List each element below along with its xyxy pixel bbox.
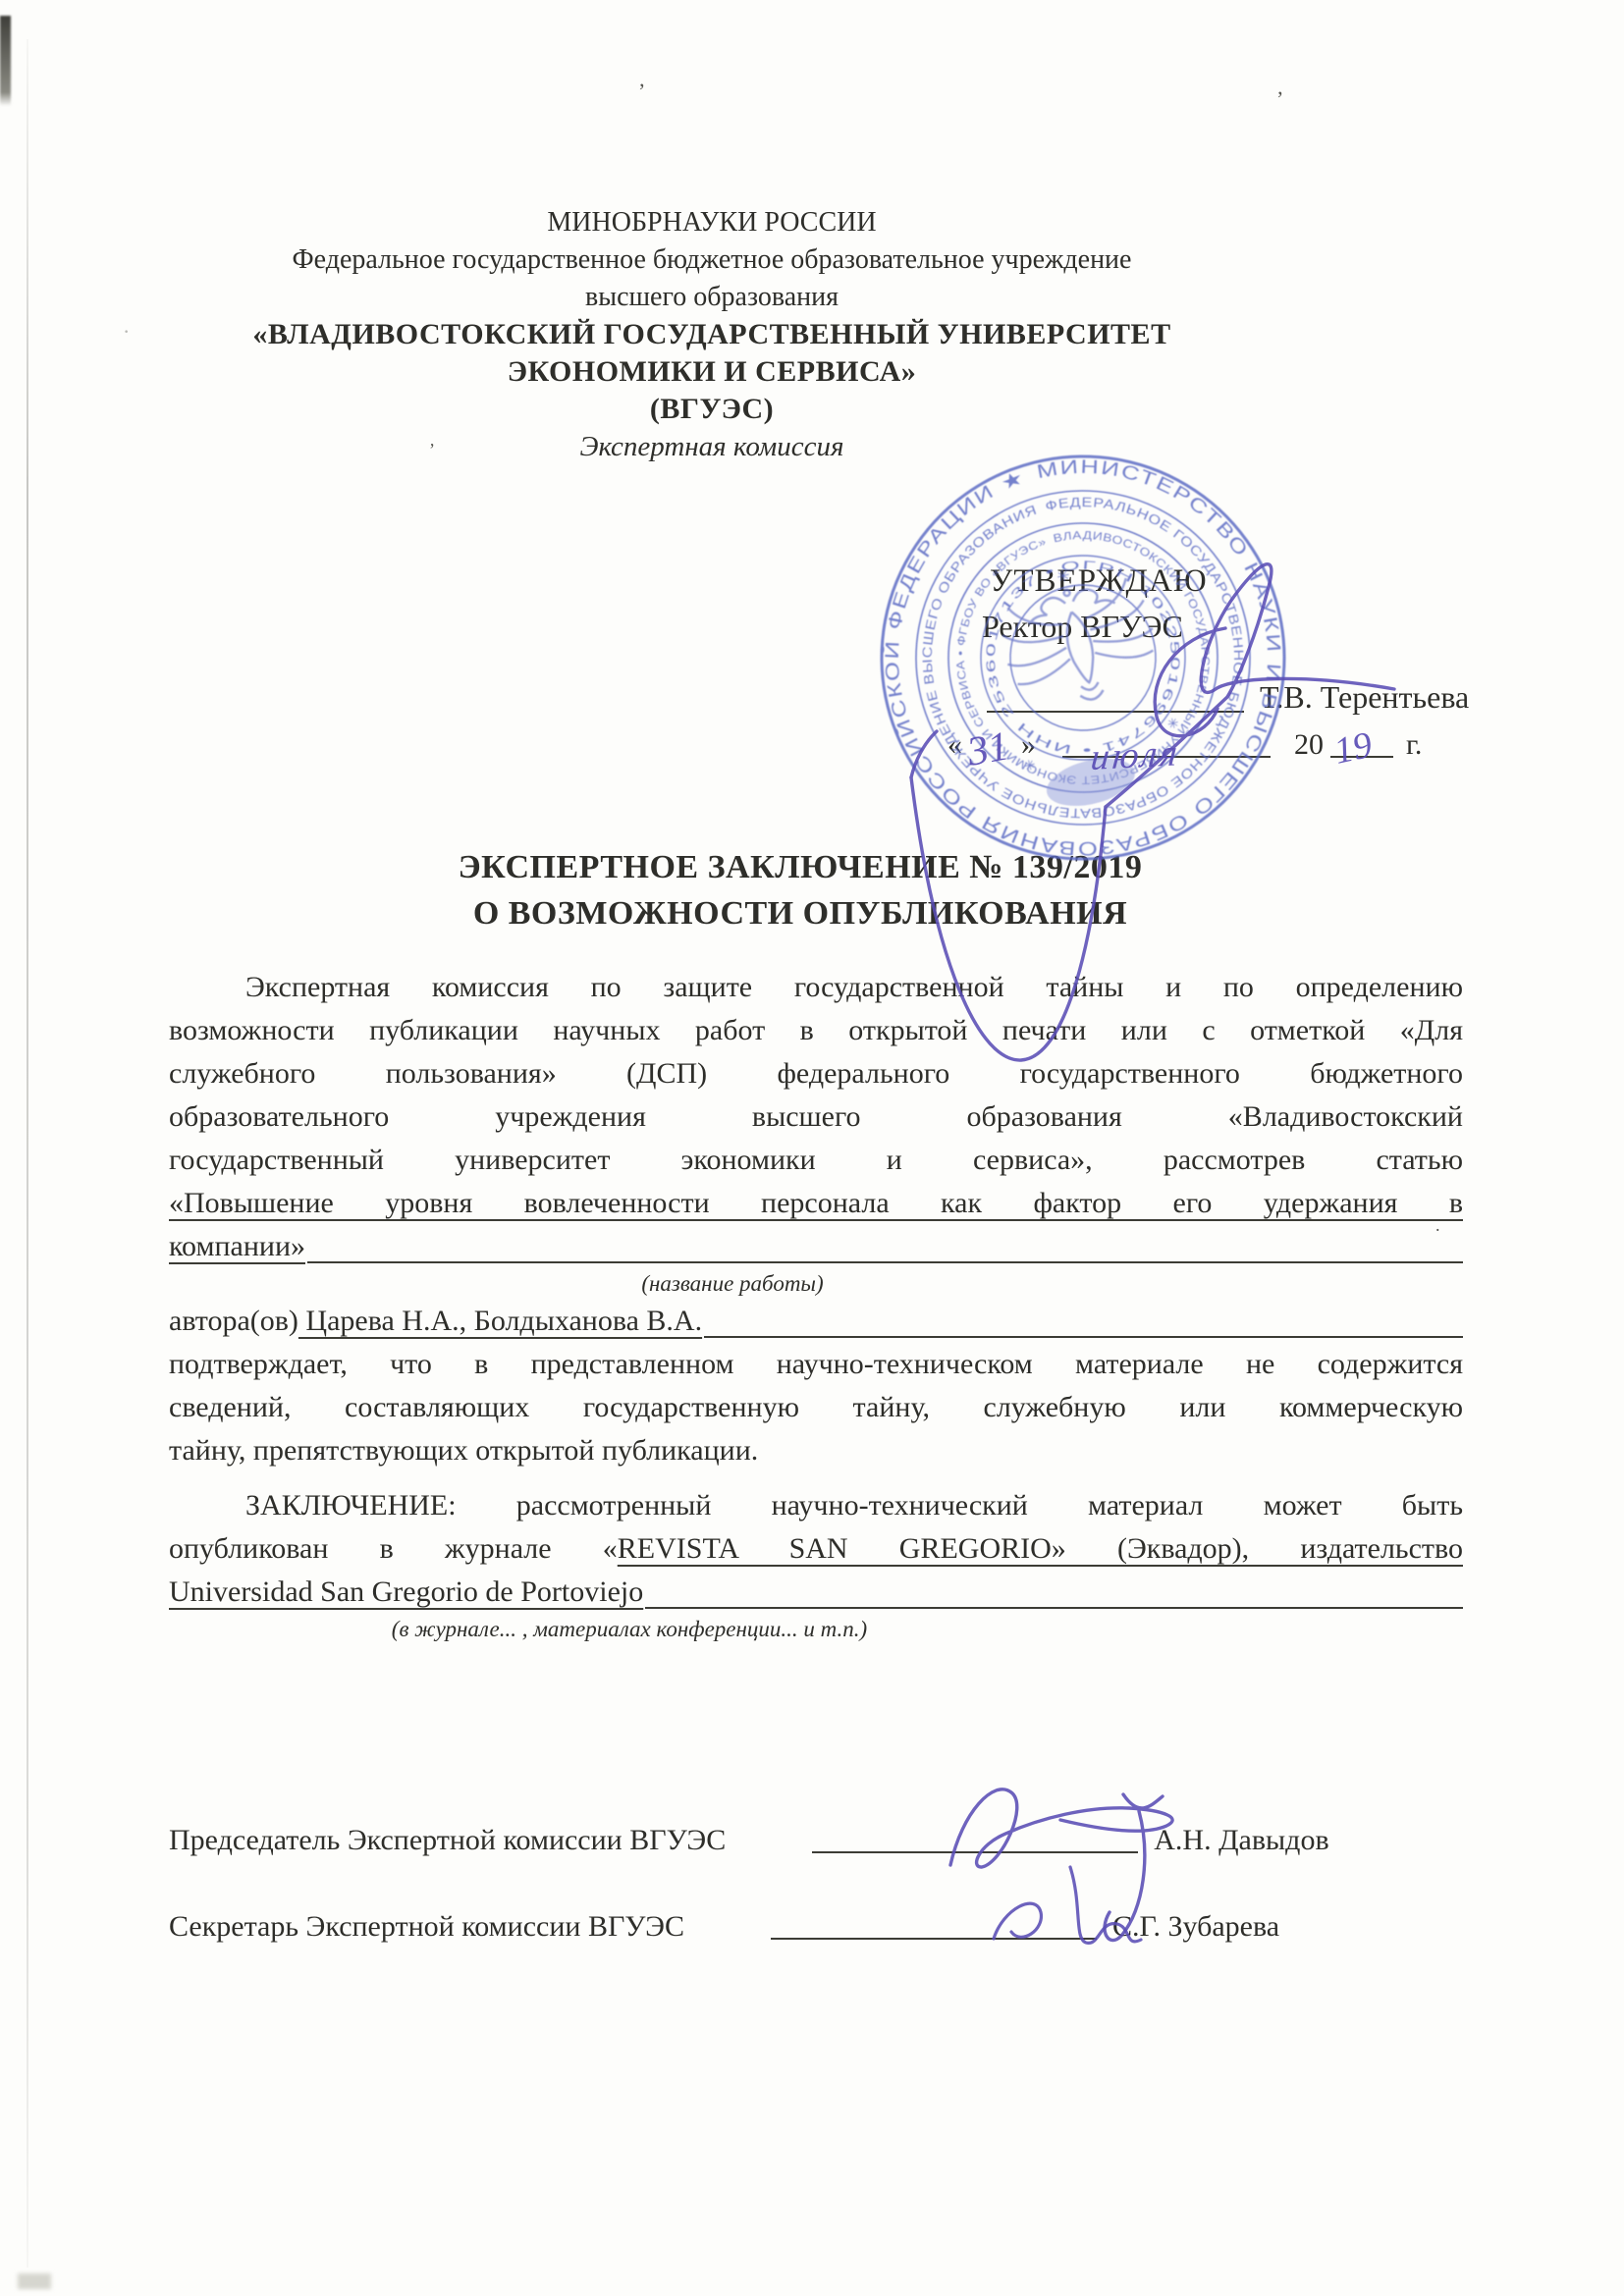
body-line: подтверждает, что в представленном научн… xyxy=(169,1343,1463,1386)
official-round-stamp: МИНИСТЕРСТВО НАУКИ И ВЫСШЕГО ОБРАЗОВАНИЯ… xyxy=(838,413,1327,902)
body-line: образовательного учреждения высшего обра… xyxy=(169,1095,1463,1139)
scanned-document-page: ’ ’ ’ · . МИНОБРНАУКИ РОССИИ Федеральное… xyxy=(0,0,1624,2296)
scan-speck: · xyxy=(123,319,130,345)
rector-signature-line xyxy=(987,711,1244,713)
authors-names: Царева Н.А., Болдыханова В.А. xyxy=(298,1300,702,1343)
stamp-ring-middle-textpath: ФЕДЕРАЛЬНОЕ ГОСУДАРСТВЕННОЕ БЮДЖЕТНОЕ ОБ… xyxy=(886,460,1281,856)
body-line: тайну, препятствующих открытой публикаци… xyxy=(169,1429,1463,1472)
chairman-role: Председатель Экспертной комиссии ВГУЭС xyxy=(169,1824,726,1857)
date-year-prefix: 20 xyxy=(1294,728,1324,762)
scan-edge-artifact xyxy=(0,16,11,106)
date-quote-open: « xyxy=(947,728,962,762)
document-title: ЭКСПЕРТНОЕ ЗАКЛЮЧЕНИЕ № 139/2019 О ВОЗМО… xyxy=(147,844,1453,936)
scan-speck: ’ xyxy=(638,79,645,104)
document-title-line2: О ВОЗМОЖНОСТИ ОПУБЛИКОВАНИЯ xyxy=(147,890,1453,936)
approver-position: Ректор ВГУЭС xyxy=(982,609,1183,645)
stamp-ink-smudge xyxy=(1042,750,1140,814)
stamp-outer-circle xyxy=(839,413,1326,901)
work-title-caption: (название работы) xyxy=(169,1268,1463,1300)
body-line: сведений, составляющих государственную т… xyxy=(169,1386,1463,1429)
body-line: государственный университет экономики и … xyxy=(169,1139,1463,1182)
secretary-name: С.Г. Зубарева xyxy=(1112,1910,1279,1944)
approve-label: УТВЕРЖДАЮ xyxy=(990,563,1208,600)
ministry-name: МИНОБРНАУКИ РОССИИ xyxy=(142,204,1281,241)
scan-corner-smudge xyxy=(18,2273,51,2289)
conclusion-line3: Universidad San Gregorio de Portoviejo xyxy=(169,1571,1463,1614)
work-title-text1: «Повышение уровня вовлеченности персонал… xyxy=(169,1187,1463,1219)
date-year-suffix: г. xyxy=(1406,728,1422,762)
handwritten-year: 19 xyxy=(1330,724,1376,773)
authors-row: автора(ов) Царева Н.А., Болдыханова В.А. xyxy=(169,1300,1463,1343)
stamp-ring-outer-textpath: МИНИСТЕРСТВО НАУКИ И ВЫСШЕГО ОБРАЗОВАНИЯ… xyxy=(838,413,1327,902)
stamp-star-icon: ✳ xyxy=(1165,715,1180,732)
authors-label: автора(ов) xyxy=(169,1300,298,1343)
body-line: Экспертная комиссия по защите государств… xyxy=(169,966,1463,1009)
secretary-signature-line xyxy=(771,1938,1097,1940)
work-title-blank-line xyxy=(307,1261,1463,1263)
conclusion-caption: (в журнале... , материалах конференции..… xyxy=(169,1614,1463,1645)
stamp-ring-inner-textpath: ВЛАДИВОСТОКСКИЙ ГОСУДАРСТВЕННЫЙ УНИВЕРСИ… xyxy=(928,503,1237,812)
scan-speck: ’ xyxy=(1276,86,1283,112)
institution-type-line1: Федеральное государственное бюджетное об… xyxy=(142,241,1281,279)
secretary-signature-row: Секретарь Экспертной комиссии ВГУЭС С.Г.… xyxy=(169,1910,1475,1944)
institution-type-line2: высшего образования xyxy=(142,279,1281,316)
date-year-line xyxy=(1330,756,1393,758)
handwritten-day: 31 xyxy=(963,723,1012,775)
document-title-line1: ЭКСПЕРТНОЕ ЗАКЛЮЧЕНИЕ № 139/2019 xyxy=(147,844,1453,890)
university-name-line1: «ВЛАДИВОСТОКСКИЙ ГОСУДАРСТВЕННЫЙ УНИВЕРС… xyxy=(142,316,1281,353)
publisher-blank-line xyxy=(645,1607,1463,1609)
approver-name: Т.В. Терентьева xyxy=(1260,679,1469,716)
scan-crease-line xyxy=(27,39,28,2268)
university-name-line2: ЭКОНОМИКИ И СЕРВИСА» xyxy=(142,353,1281,391)
body-text: Экспертная комиссия по защите государств… xyxy=(169,966,1463,1472)
work-title-text2: компании» xyxy=(169,1225,305,1268)
body-line: возможности публикации научных работ в о… xyxy=(169,1009,1463,1052)
conclusion-line2: опубликован в журнале «REVISTA SAN GREGO… xyxy=(169,1527,1463,1571)
stamp-circle xyxy=(881,455,1285,860)
stamp-ring-text-middle: ФЕДЕРАЛЬНОЕ ГОСУДАРСТВЕННОЕ БЮДЖЕТНОЕ ОБ… xyxy=(886,460,1281,856)
body-line: служебного пользования» (ДСП) федерально… xyxy=(169,1052,1463,1095)
conclusion-line1: ЗАКЛЮЧЕНИЕ: рассмотренный научно-техниче… xyxy=(169,1484,1463,1527)
secretary-role: Секретарь Экспертной комиссии ВГУЭС xyxy=(169,1910,684,1944)
journal-name: REVISTA SAN GREGORIO» (Эквадор), издател… xyxy=(618,1532,1463,1565)
chairman-signature-line xyxy=(812,1851,1138,1853)
authors-blank-line xyxy=(704,1336,1463,1338)
stamp-ring-text-inner: ВЛАДИВОСТОКСКИЙ ГОСУДАРСТВЕННЫЙ УНИВЕРСИ… xyxy=(928,503,1237,812)
stamp-ring-text-outer: МИНИСТЕРСТВО НАУКИ И ВЫСШЕГО ОБРАЗОВАНИЯ… xyxy=(838,413,1327,902)
document-header: МИНОБРНАУКИ РОССИИ Федеральное государст… xyxy=(142,204,1281,465)
publisher-name: Universidad San Gregorio de Portoviejo xyxy=(169,1571,643,1614)
department-name: Экспертная комиссия xyxy=(142,428,1281,465)
chairman-name: А.Н. Давыдов xyxy=(1154,1824,1328,1857)
chairman-signature-row: Председатель Экспертной комиссии ВГУЭС А… xyxy=(169,1824,1475,1857)
conclusion-block: ЗАКЛЮЧЕНИЕ: рассмотренный научно-техниче… xyxy=(169,1484,1463,1645)
work-title-line1: «Повышение уровня вовлеченности персонал… xyxy=(169,1182,1463,1225)
stamp-circle xyxy=(920,495,1246,821)
university-abbreviation: (ВГУЭС) xyxy=(142,391,1281,428)
date-quote-close: » xyxy=(1021,728,1036,762)
work-title-line2: компании» xyxy=(169,1225,1463,1268)
date-month-line xyxy=(1062,756,1271,758)
conclusion-line2-prefix: опубликован в журнале « xyxy=(169,1532,618,1565)
